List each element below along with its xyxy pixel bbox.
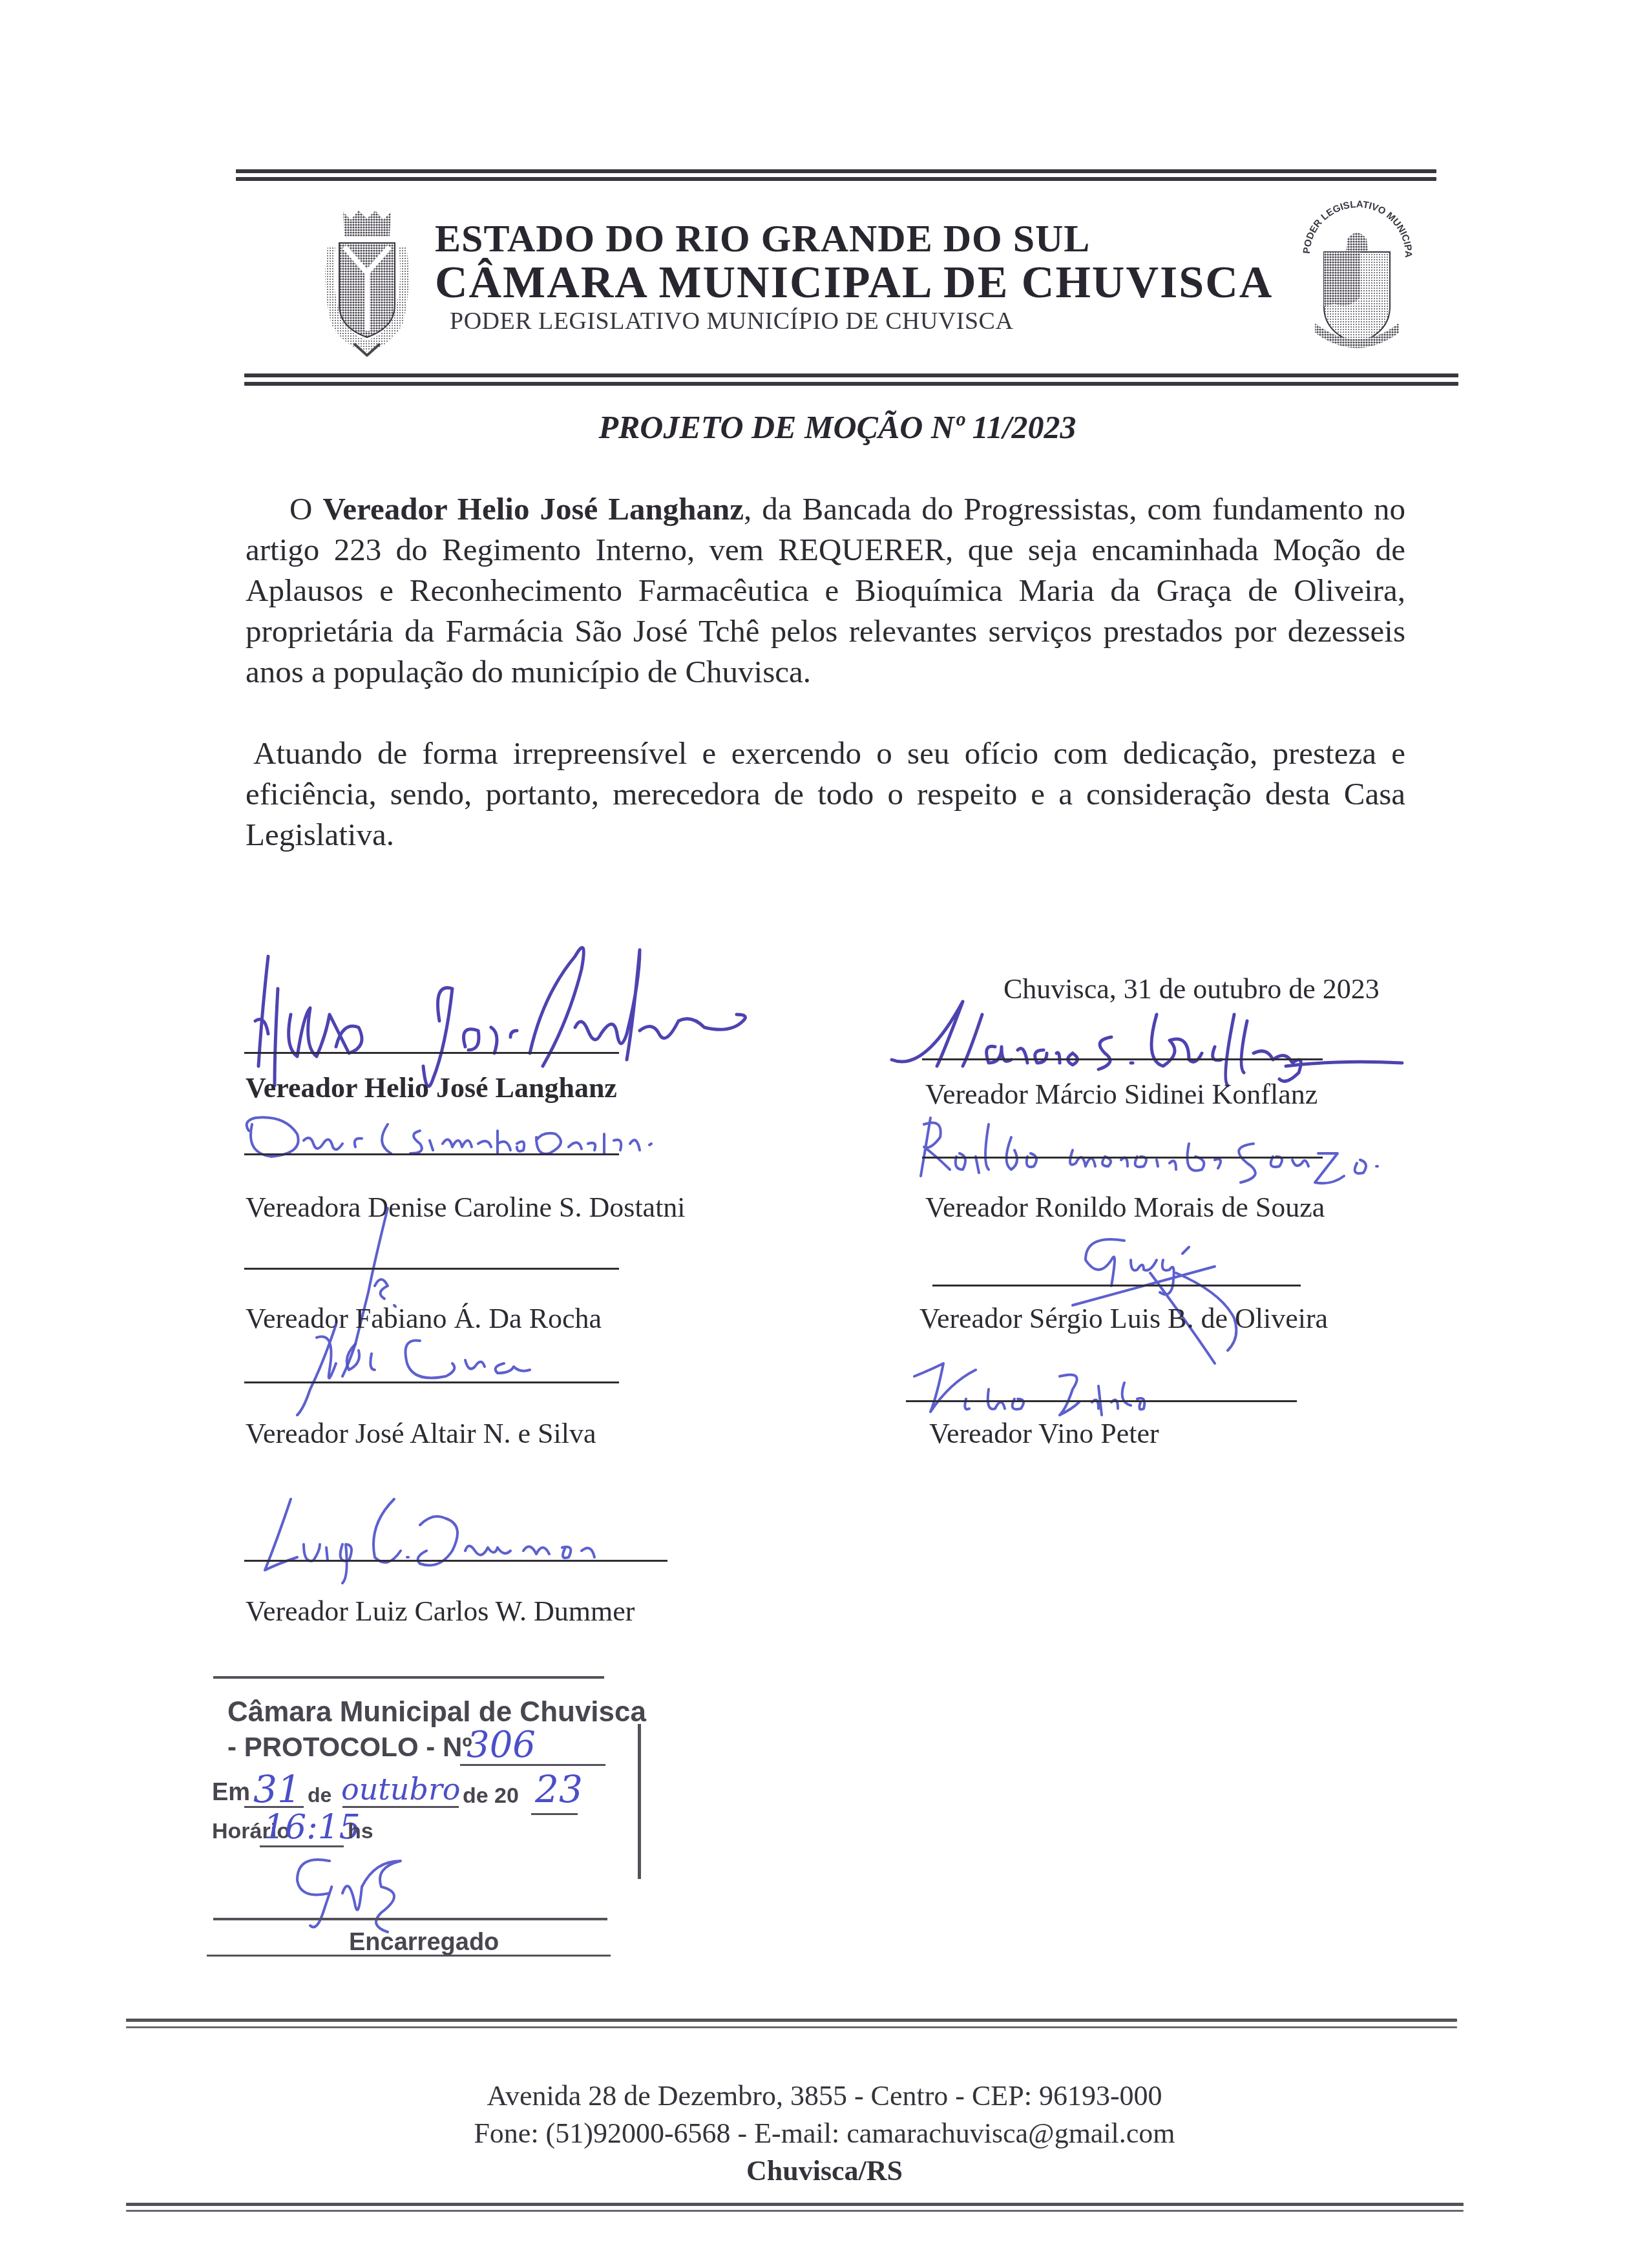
footer-bottom-rule-2 <box>126 2210 1464 2212</box>
footer-top-rule-1 <box>126 2019 1457 2022</box>
header-bottom-rule-2 <box>244 382 1458 386</box>
signature-line-helio <box>244 1052 619 1054</box>
legislative-seal-icon: PODER LEGISLATIVO MUNICIPAL <box>1296 194 1418 362</box>
signature-altair <box>252 1312 640 1422</box>
stamp-protocol-number: 306 <box>467 1724 536 1766</box>
stamp-date-month: outubro <box>341 1772 461 1807</box>
signer-name-vino: Vereador Vino Peter <box>929 1417 1159 1450</box>
header-state: ESTADO DO RIO GRANDE DO SUL <box>435 216 1090 261</box>
signature-line-dummer <box>244 1560 667 1562</box>
footer-contact: Fone: (51)92000-6568 - E-mail: camarachu… <box>0 2117 1649 2150</box>
stamp-date-de: de <box>308 1783 331 1807</box>
paragraph-request: O Vereador Helio José Langhanz, da Banca… <box>246 488 1405 692</box>
stamp-clerk-label: Encarregado <box>349 1929 499 1957</box>
header-bottom-rule-1 <box>244 373 1458 377</box>
signature-line-denise <box>244 1153 619 1155</box>
paragraph-justification: Atuando de forma irrepreensível e exerce… <box>246 733 1405 855</box>
signature-marcio <box>885 989 1467 1092</box>
signature-line-ronildo <box>922 1157 1323 1159</box>
signature-vino <box>905 1344 1305 1422</box>
stamp-base-line <box>207 1955 611 1957</box>
header-top-rule-1 <box>236 169 1436 173</box>
signature-line-fabiano <box>244 1268 619 1270</box>
header-subtitle: PODER LEGISLATIVO MUNICÍPIO DE CHUVISCA <box>450 307 1013 335</box>
document-title: PROJETO DE MOÇÃO Nº 11/2023 <box>0 408 1649 446</box>
stamp-time-suffix: hs <box>348 1819 373 1844</box>
signature-dummer <box>239 1473 730 1590</box>
signature-line-altair <box>244 1381 619 1383</box>
signer-name-altair: Vereador José Altair N. e Silva <box>246 1417 596 1450</box>
stamp-date-em: Em <box>212 1779 250 1807</box>
signature-denise <box>233 1098 724 1170</box>
signer-name-dummer: Vereador Luiz Carlos W. Dummer <box>246 1595 635 1628</box>
stamp-year-underline <box>531 1813 578 1815</box>
signer-name-sergio: Vereador Sérgio Luis B. de Oliveira <box>919 1302 1328 1335</box>
signature-line-sergio <box>932 1285 1301 1286</box>
signature-line-marcio <box>922 1058 1323 1060</box>
signature-ronildo <box>905 1098 1486 1195</box>
stamp-protocol-label: - PROTOCOLO - Nº <box>227 1732 472 1763</box>
signature-line-vino <box>906 1400 1297 1402</box>
footer-address: Avenida 28 de Dezembro, 3855 - Centro - … <box>0 2079 1649 2112</box>
stamp-date-year-label: de 20 <box>463 1783 519 1809</box>
stamp-date-year: 23 <box>535 1767 583 1811</box>
stamp-time-underline <box>260 1845 344 1847</box>
footer-bottom-rule-1 <box>126 2203 1464 2206</box>
header-top-rule-2 <box>236 177 1436 181</box>
footer-top-rule-2 <box>126 2026 1457 2028</box>
author-name: Vereador Helio José Langhanz <box>322 491 744 527</box>
stamp-date-day: 31 <box>253 1767 301 1811</box>
stamp-protocol-underline <box>460 1764 605 1766</box>
municipal-coat-of-arms-icon <box>319 208 415 357</box>
paragraph-lead: O <box>289 491 322 527</box>
header-chamber-name: CÂMARA MUNICIPAL DE CHUVISCA <box>435 257 1273 309</box>
footer-city: Chuvisca/RS <box>0 2154 1649 2187</box>
stamp-time-value: 16:15 <box>264 1808 361 1847</box>
stamp-top-line <box>213 1676 604 1679</box>
stamp-chamber-name: Câmara Municipal de Chuvisca <box>227 1696 646 1728</box>
stamp-side-line <box>638 1724 641 1879</box>
stamp-bottom-line <box>213 1918 607 1920</box>
